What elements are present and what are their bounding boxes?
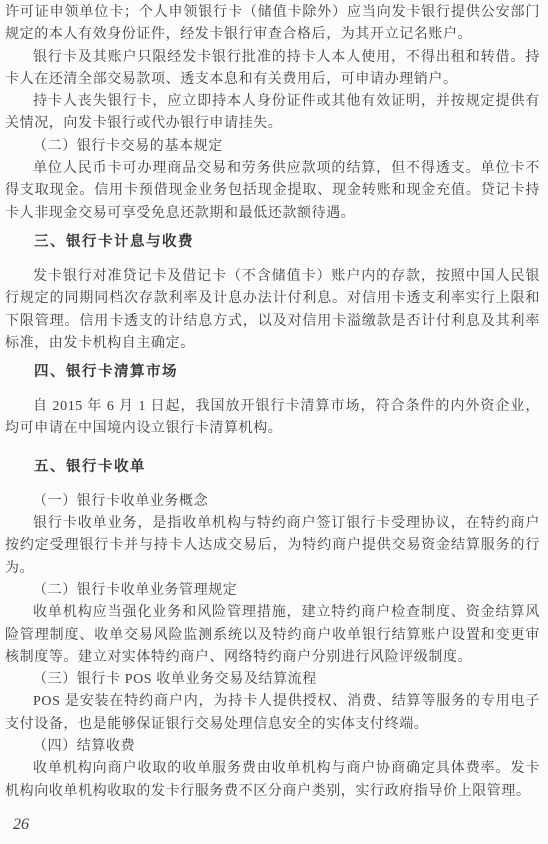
subsection-heading: （三）银行卡 POS 收单业务交易及结算流程: [5, 669, 540, 691]
body-paragraph: 自 2015 年 6 月 1 日起，我国放开银行卡清算市场，符合条件的内外资企业…: [5, 396, 540, 441]
subsection-heading: （一）银行卡收单业务概念: [5, 491, 540, 513]
body-paragraph: 发卡银行对准贷记卡及借记卡（不含储值卡）账户内的存款，按照中国人民银行规定的同期…: [5, 266, 540, 355]
body-paragraph: POS 是安装在特约商户内，为持卡人提供授权、消费、结算等服务的专用电子支付设备…: [5, 691, 540, 736]
subsection-heading: （二）银行卡收单业务管理规定: [5, 580, 540, 602]
section-heading: 五、银行卡收单: [5, 456, 540, 478]
body-paragraph: 持卡人丧失银行卡，应立即持本人身份证件或其他有效证明，并按规定提供有关情况，向发…: [5, 91, 540, 136]
section-heading: 三、银行卡计息与收费: [5, 231, 540, 253]
body-paragraph: 收单机构向商户收取的收单服务费由收单机构与商户协商确定具体费率。发卡机构向收单机…: [5, 758, 540, 803]
section-heading: 四、银行卡清算市场: [5, 361, 540, 383]
body-paragraph: 银行卡及其账户只限经发卡银行批准的持卡人本人使用，不得出租和转借。持卡人在还清全…: [5, 47, 540, 92]
subsection-heading: （四）结算收费: [5, 736, 540, 758]
body-paragraph: 银行卡收单业务，是指收单机构与特约商户签订银行卡受理协议，在特约商户按约定受理银…: [5, 513, 540, 580]
body-paragraph: 许可证申领单位卡；个人申领银行卡（储值卡除外）应当向发卡银行提供公安部门规定的本…: [5, 2, 540, 47]
body-paragraph: 单位人民币卡可办理商品交易和劳务供应款项的结算，但不得透支。单位卡不得支取现金。…: [5, 158, 540, 225]
body-paragraph: 收单机构应当强化业务和风险管理措施，建立特约商户检查制度、资金结算风险管理制度、…: [5, 602, 540, 669]
document-page: 许可证申领单位卡；个人申领银行卡（储值卡除外）应当向发卡银行提供公安部门规定的本…: [0, 0, 548, 844]
subsection-heading: （二）银行卡交易的基本规定: [5, 136, 540, 158]
page-number: 26: [13, 816, 29, 834]
